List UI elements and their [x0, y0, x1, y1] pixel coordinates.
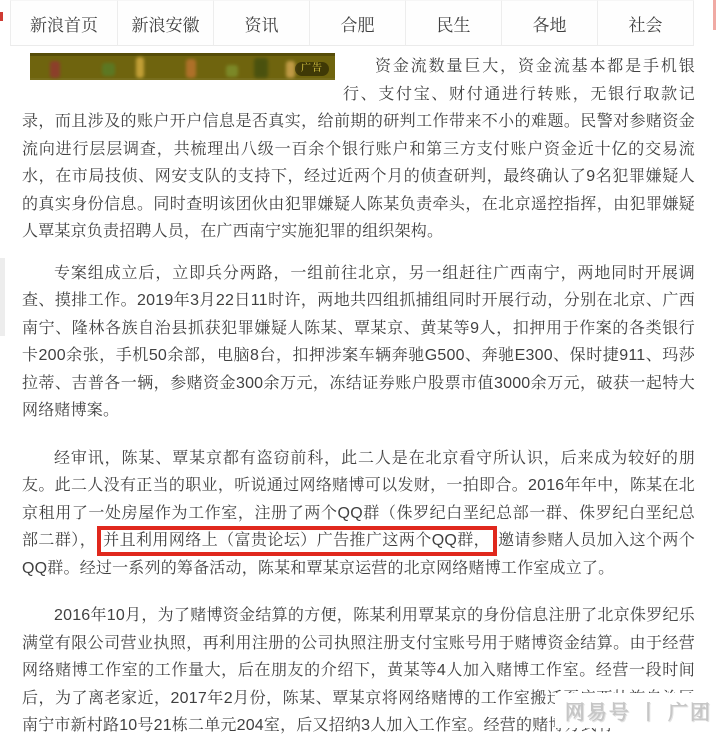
nav-item-sina-anhui[interactable]: 新浪安徽: [118, 0, 214, 46]
ad-bottle-shape: [186, 59, 196, 78]
article-body: 广告 资金流数量巨大，资金流基本都是手机银行、支付宝、财付通进行转账，无银行取款…: [0, 46, 716, 734]
ad-bottle-shape: [286, 61, 295, 78]
nav-item-livelihood[interactable]: 民生: [406, 0, 502, 46]
ad-bottle-shape: [102, 63, 115, 76]
site-watermark: 网易号 丨 广团: [555, 693, 714, 728]
left-edge-artifact: [0, 258, 5, 336]
ad-bottle-shape: [254, 58, 268, 78]
ad-bottle-shape: [50, 61, 60, 78]
ad-bottle-shape: [226, 65, 238, 77]
ad-banner[interactable]: 广告: [30, 53, 335, 80]
red-highlight-box: 并且利用网络上（富贵论坛）广告推广这两个QQ群，: [97, 526, 497, 556]
paragraph-1-text: 资金流数量巨大，资金流基本都是手机银行、支付宝、财付通进行转账，无银行取款记录，…: [22, 58, 695, 240]
ad-bottle-shape: [136, 57, 144, 78]
ad-label-badge: 广告: [295, 62, 329, 76]
nav-item-sina-home[interactable]: 新浪首页: [10, 0, 118, 46]
nav-item-society[interactable]: 社会: [598, 0, 694, 46]
paragraph-2-text: 专案组成立后，立即兵分两路，一组前往北京，另一组赶往广西南宁，两地同时开展调查、…: [22, 265, 695, 420]
nav-item-hefei[interactable]: 合肥: [310, 0, 406, 46]
nav-item-news[interactable]: 资讯: [214, 0, 310, 46]
nav-item-regions[interactable]: 各地: [502, 0, 598, 46]
cropped-red-element-left: [0, 12, 3, 21]
top-nav: 新浪首页 新浪安徽 资讯 合肥 民生 各地 社会: [10, 0, 716, 46]
paragraph-3: 经审讯，陈某、覃某京都有盗窃前科，此二人是在北京看守所认识，后来成为较好的朋友。…: [22, 445, 695, 583]
paragraph-1: 广告 资金流数量巨大，资金流基本都是手机银行、支付宝、财付通进行转账，无银行取款…: [22, 53, 695, 246]
paragraph-2: 专案组成立后，立即兵分两路，一组前往北京，另一组赶往广西南宁，两地同时开展调查、…: [22, 260, 695, 425]
